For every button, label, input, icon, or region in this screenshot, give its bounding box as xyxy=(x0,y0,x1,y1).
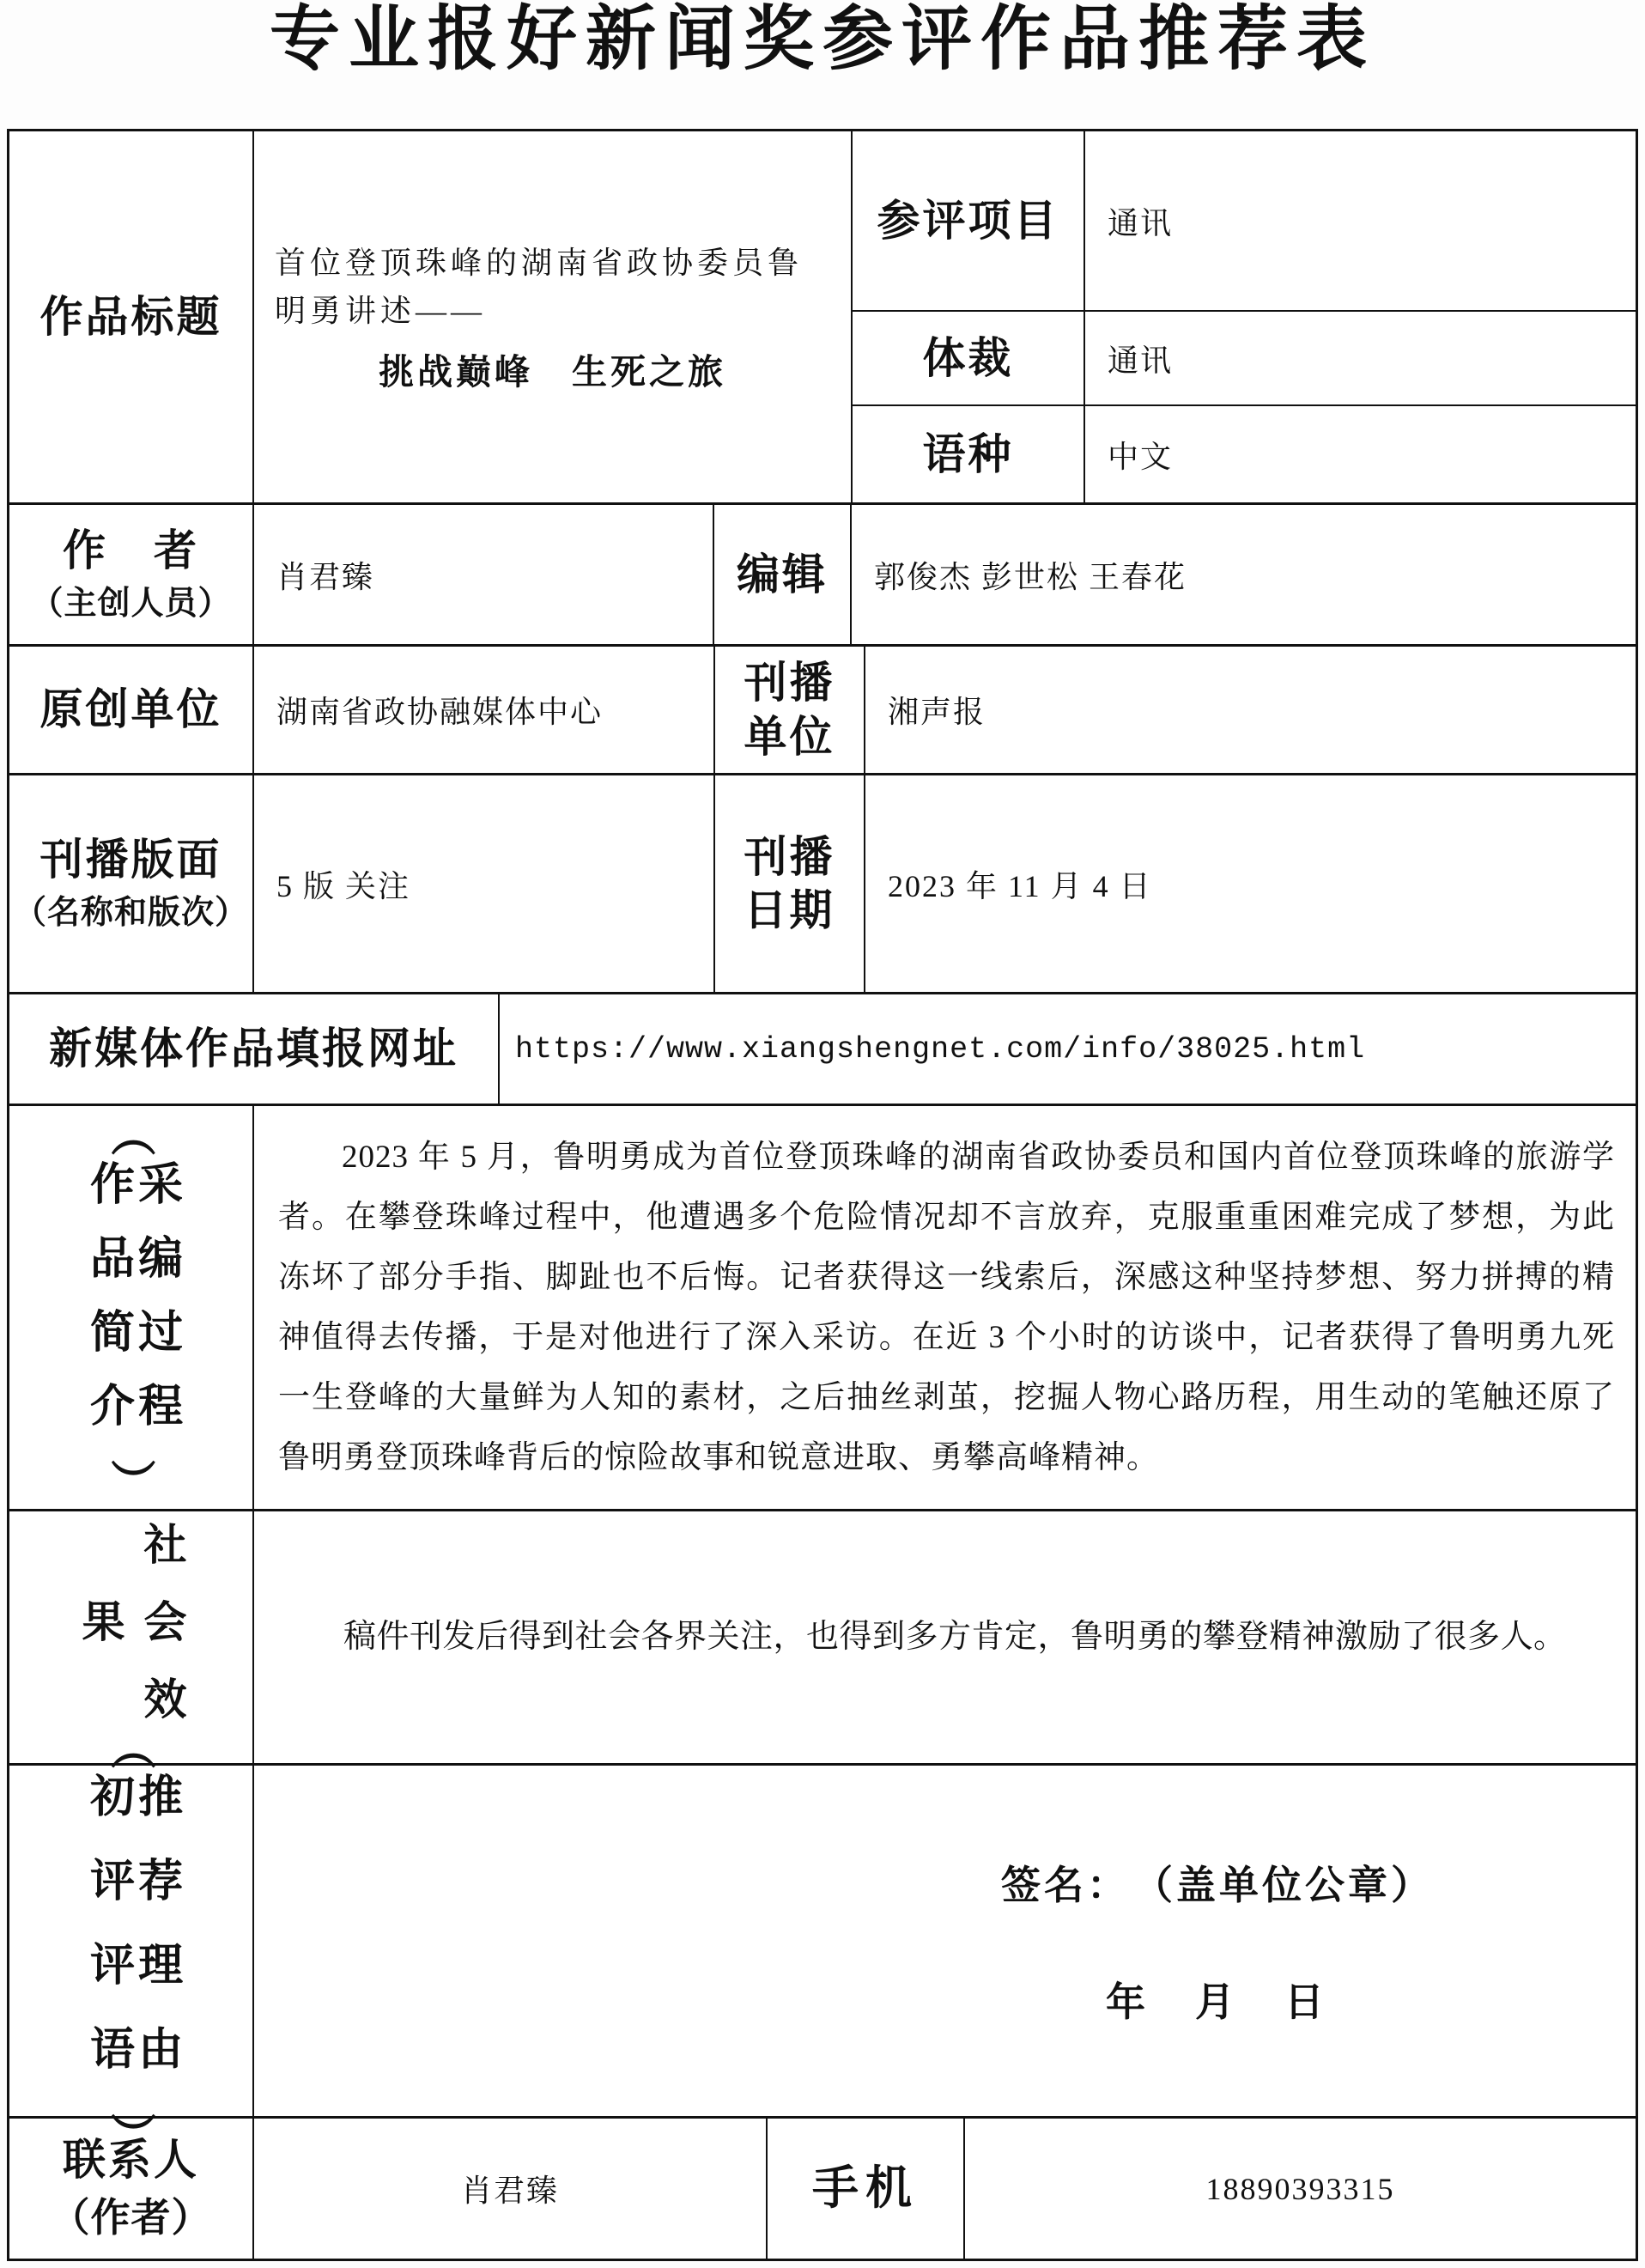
initial-review-label-col2: 推荐理由 xyxy=(131,1772,179,2109)
publish-date-value: 2023 年 11 月 4 日 xyxy=(865,775,1636,992)
editor-label: 编辑 xyxy=(737,548,828,602)
original-unit-label-cell: 原创单位 xyxy=(9,647,254,773)
language-value: 中文 xyxy=(1085,406,1636,502)
author-sublabel: （主创人员） xyxy=(30,583,231,625)
entry-category-value: 通讯 xyxy=(1085,131,1636,310)
publish-date-label-2: 日期 xyxy=(744,884,835,938)
new-media-url-label-cell: 新媒体作品填报网址 xyxy=(9,994,500,1104)
work-intro-paren-open: （ xyxy=(118,1112,144,1157)
work-intro-label-col1: 作品简介 xyxy=(82,1160,131,1456)
signature-line: 签名： （盖单位公章） xyxy=(1001,1854,1434,1911)
work-intro-label-col2: 采编过程 xyxy=(131,1160,179,1456)
row-work-intro: （ 作品简介 采编过程 ） 2023 年 5 月，鲁明勇成为首位登顶珠峰的湖南省… xyxy=(9,1106,1636,1511)
editor-label-cell: 编辑 xyxy=(714,505,852,644)
work-intro-paragraph: 2023 年 5 月，鲁明勇成为首位登顶珠峰的湖南省政协委员和国内首位登顶珠峰的… xyxy=(278,1128,1615,1488)
phone-value: 18890393315 xyxy=(965,2119,1636,2259)
row-contact: 联系人 （作者） 肖君臻 手机 18890393315 xyxy=(9,2119,1636,2259)
row-work-title: 作品标题 首位登顶珠峰的湖南省政协委员鲁明勇讲述—— 挑战巅峰 生死之旅 参评项… xyxy=(9,131,1636,505)
publish-page-label: 刊播版面 xyxy=(40,833,222,887)
work-intro-paren-close: ） xyxy=(118,1458,144,1503)
publish-page-value: 5 版 关注 xyxy=(254,775,715,992)
row-author: 作 者 （主创人员） 肖君臻 编辑 郭俊杰 彭世松 王春花 xyxy=(9,505,1636,647)
category-column: 参评项目 通讯 体裁 通讯 语种 中文 xyxy=(853,131,1636,502)
contact-sublabel: （作者） xyxy=(51,2192,212,2244)
original-unit-value: 湖南省政协融媒体中心 xyxy=(254,647,715,773)
page-title: 专业报好新闻奖参评作品推荐表 xyxy=(0,0,1645,79)
work-title-main: 挑战巅峰 生死之旅 xyxy=(275,344,830,394)
initial-review-label-cell: （ 初评评语 推荐理由 ） xyxy=(9,1766,254,2116)
publish-page-sublabel: （名称和版次） xyxy=(14,892,248,934)
initial-review-paren-close: ） xyxy=(118,2113,144,2157)
work-title-lead: 首位登顶珠峰的湖南省政协委员鲁明勇讲述—— xyxy=(275,240,830,336)
social-effect-text: 稿件刊发后得到社会各界关注，也得到多方肯定，鲁明勇的攀登精神激励了很多人。 xyxy=(278,1611,1618,1663)
phone-label: 手机 xyxy=(812,2160,919,2218)
original-unit-label: 原创单位 xyxy=(40,683,222,737)
genre-label-cell: 体裁 xyxy=(853,312,1085,404)
new-media-url-value: https://www.xiangshengnet.com/info/38025… xyxy=(500,994,1636,1104)
row-original-unit: 原创单位 湖南省政协融媒体中心 刊播 单位 湘声报 xyxy=(9,647,1636,775)
publish-date-label-cell: 刊播 日期 xyxy=(715,775,865,992)
work-title-value-cell: 首位登顶珠峰的湖南省政协委员鲁明勇讲述—— 挑战巅峰 生死之旅 xyxy=(254,131,853,502)
publish-page-label-cell: 刊播版面 （名称和版次） xyxy=(9,775,254,992)
recommendation-table: 作品标题 首位登顶珠峰的湖南省政协委员鲁明勇讲述—— 挑战巅峰 生死之旅 参评项… xyxy=(7,129,1638,2261)
work-intro-label-cell: （ 作品简介 采编过程 ） xyxy=(9,1106,254,1509)
genre-value: 通讯 xyxy=(1085,312,1636,404)
publish-unit-label-cell: 刊播 单位 xyxy=(715,647,865,773)
initial-review-label-col1: 初评评语 xyxy=(82,1772,131,2109)
row-publish-page: 刊播版面 （名称和版次） 5 版 关注 刊播 日期 2023 年 11 月 4 … xyxy=(9,775,1636,994)
publish-unit-value: 湘声报 xyxy=(865,647,1636,773)
new-media-url-label: 新媒体作品填报网址 xyxy=(49,1022,458,1076)
publish-date-label-1: 刊播 xyxy=(744,830,835,885)
work-intro-value-cell: 2023 年 5 月，鲁明勇成为首位登顶珠峰的湖南省政协委员和国内首位登顶珠峰的… xyxy=(254,1106,1636,1509)
signature-date-line: 年 月 日 xyxy=(1001,1971,1434,2028)
genre-row: 体裁 通讯 xyxy=(853,312,1636,406)
work-title-label-cell: 作品标题 xyxy=(9,131,254,502)
row-social-effect: 社会效果 稿件刊发后得到社会各界关注，也得到多方肯定，鲁明勇的攀登精神激励了很多… xyxy=(9,1511,1636,1766)
publish-unit-label-1: 刊播 xyxy=(744,656,835,710)
row-initial-review: （ 初评评语 推荐理由 ） 签名： （盖单位公章） 年 月 日 xyxy=(9,1766,1636,2119)
language-row: 语种 中文 xyxy=(853,406,1636,502)
phone-label-cell: 手机 xyxy=(768,2119,965,2259)
entry-category-label: 参评项目 xyxy=(877,194,1059,248)
entry-category-row: 参评项目 通讯 xyxy=(853,131,1636,312)
author-value: 肖君臻 xyxy=(254,505,714,644)
row-new-media-url: 新媒体作品填报网址 https://www.xiangshengnet.com/… xyxy=(9,994,1636,1106)
publish-unit-label-2: 单位 xyxy=(744,710,835,764)
social-effect-value-cell: 稿件刊发后得到社会各界关注，也得到多方肯定，鲁明勇的攀登精神激励了很多人。 xyxy=(254,1511,1636,1763)
contact-name: 肖君臻 xyxy=(254,2119,768,2259)
initial-review-paren-open: （ xyxy=(118,1724,144,1769)
author-label: 作 者 xyxy=(63,524,199,578)
recommendation-form-sheet: 专业报好新闻奖参评作品推荐表 作品标题 首位登顶珠峰的湖南省政协委员鲁明勇讲述—… xyxy=(0,0,1645,2268)
entry-category-label-cell: 参评项目 xyxy=(853,131,1085,310)
language-label-cell: 语种 xyxy=(853,406,1085,502)
initial-review-value-cell: 签名： （盖单位公章） 年 月 日 xyxy=(254,1766,1636,2116)
language-label: 语种 xyxy=(923,428,1014,482)
work-title-label: 作品标题 xyxy=(40,290,222,344)
author-label-cell: 作 者 （主创人员） xyxy=(9,505,254,644)
editor-value: 郭俊杰 彭世松 王春花 xyxy=(852,505,1636,644)
genre-label: 体裁 xyxy=(923,331,1014,386)
